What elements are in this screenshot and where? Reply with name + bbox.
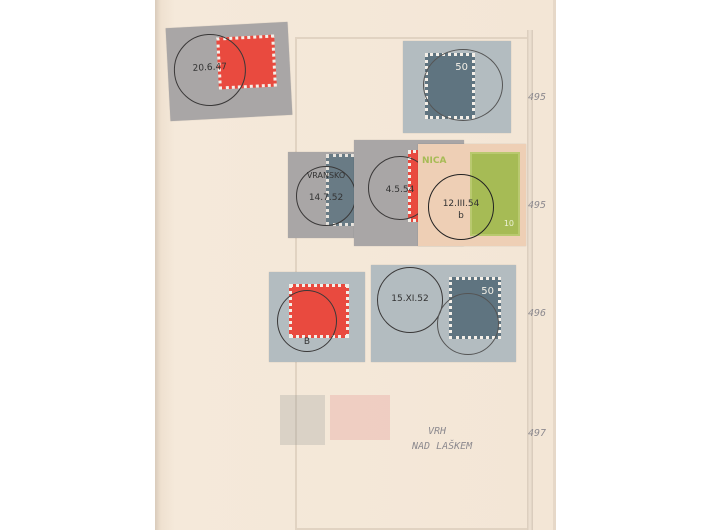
postmark: 15.XI.52 <box>377 267 443 333</box>
postmark: 12.III.54 b <box>428 174 494 240</box>
margin-number: 495 <box>528 200 546 211</box>
margin-number: 496 <box>528 308 546 319</box>
postmark <box>437 293 499 355</box>
ghost-stamp <box>330 395 390 440</box>
margin-number: 497 <box>528 428 546 439</box>
margin-rule <box>527 30 533 530</box>
handwritten-note-line2: NAD LAŠKEM <box>412 441 472 452</box>
stamp-piece[interactable]: B <box>269 272 365 362</box>
ghost-stamp <box>280 395 325 445</box>
page-edge <box>553 0 556 530</box>
stamp-piece[interactable]: 10 NICA 12.III.54 b <box>418 144 526 246</box>
stamp-piece[interactable]: 50 15.XI.52 <box>371 265 516 362</box>
stamp-piece[interactable]: VRANSKO 14.7.52 <box>288 152 360 238</box>
postmark <box>423 49 503 121</box>
postmark: B <box>277 290 337 352</box>
handwritten-note-line1: VRH <box>428 426 446 437</box>
postmark: VRANSKO 14.7.52 <box>296 166 356 226</box>
margin-number: 495 <box>528 92 546 103</box>
stamp-piece[interactable]: 50 <box>403 41 511 133</box>
stamp-piece[interactable]: 20.6.47 <box>166 22 293 121</box>
